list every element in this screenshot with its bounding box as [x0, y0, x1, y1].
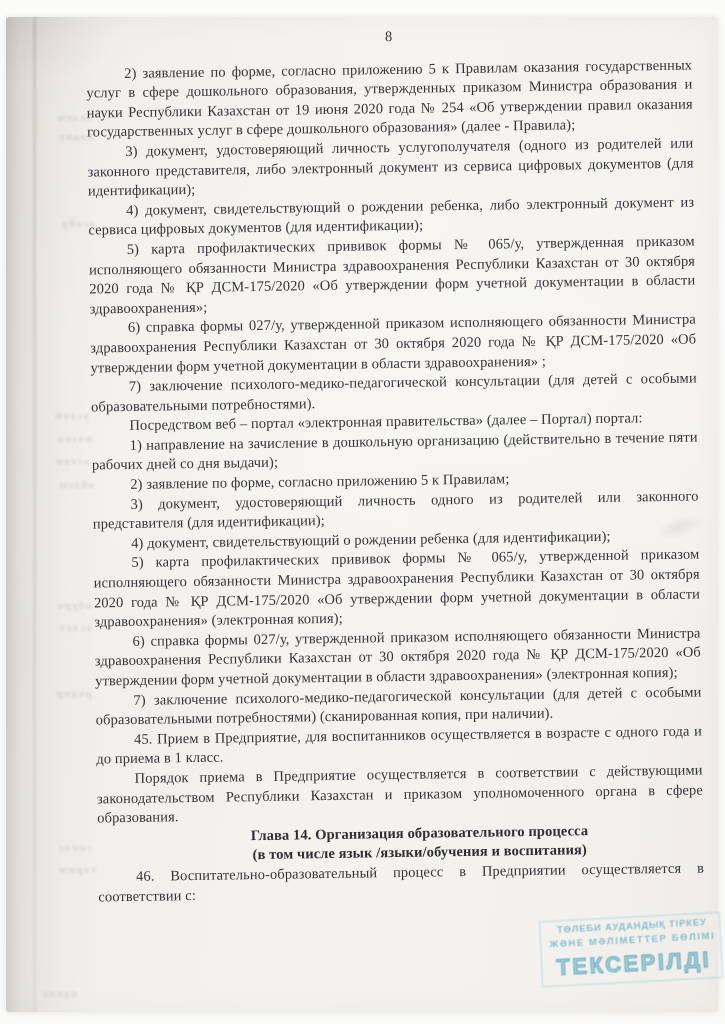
- bleed-through-fragment: осгеп: [55, 456, 89, 468]
- paragraph: 6) справка формы 027/у, утвержденной при…: [90, 311, 697, 379]
- paragraph: Порядок приема в Предприятие осуществляе…: [96, 761, 703, 829]
- bleed-through-fragment: обдсм: [58, 479, 94, 491]
- bleed-through-fragment: позел: [57, 433, 92, 445]
- bleed-through-fragment: устои: [54, 410, 89, 422]
- bleed-through-fragment: тарим: [58, 864, 97, 876]
- paragraph: 2) заявление по форме, согласно приложен…: [86, 56, 693, 143]
- stamp-border: [538, 911, 723, 987]
- binding-crease: [33, 17, 36, 1012]
- scanned-document: зелсм тлане асобр устои позел осгеп обдс…: [0, 0, 725, 1024]
- bleed-through-fragment: осаст: [58, 622, 92, 634]
- paragraph: 6) справка формы 027/у, утвержденной при…: [94, 624, 701, 692]
- bleed-through-fragment: спелс: [57, 842, 92, 854]
- page-content: 8 2) заявление по форме, согласно прилож…: [86, 24, 705, 908]
- paragraph: 5) карта профилактических прививок формы…: [93, 546, 700, 633]
- bleed-through-fragment: редпр: [55, 688, 91, 700]
- paragraph: 5) карта профилактических прививок формы…: [89, 232, 696, 319]
- paragraph-list: 2) заявление по форме, согласно приложен…: [86, 56, 704, 907]
- paragraph: 3) документ, удостоверяющий личность усл…: [87, 135, 694, 203]
- bleed-through-fragment: обуро: [56, 600, 91, 612]
- bleed-through-fragment: одале: [42, 988, 77, 1000]
- verification-stamp: ТӨЛЕБИ АУДАНДЫҚ ТІРКЕУ ЖӘНЕ МӘЛІМЕТТЕР Б…: [545, 916, 722, 981]
